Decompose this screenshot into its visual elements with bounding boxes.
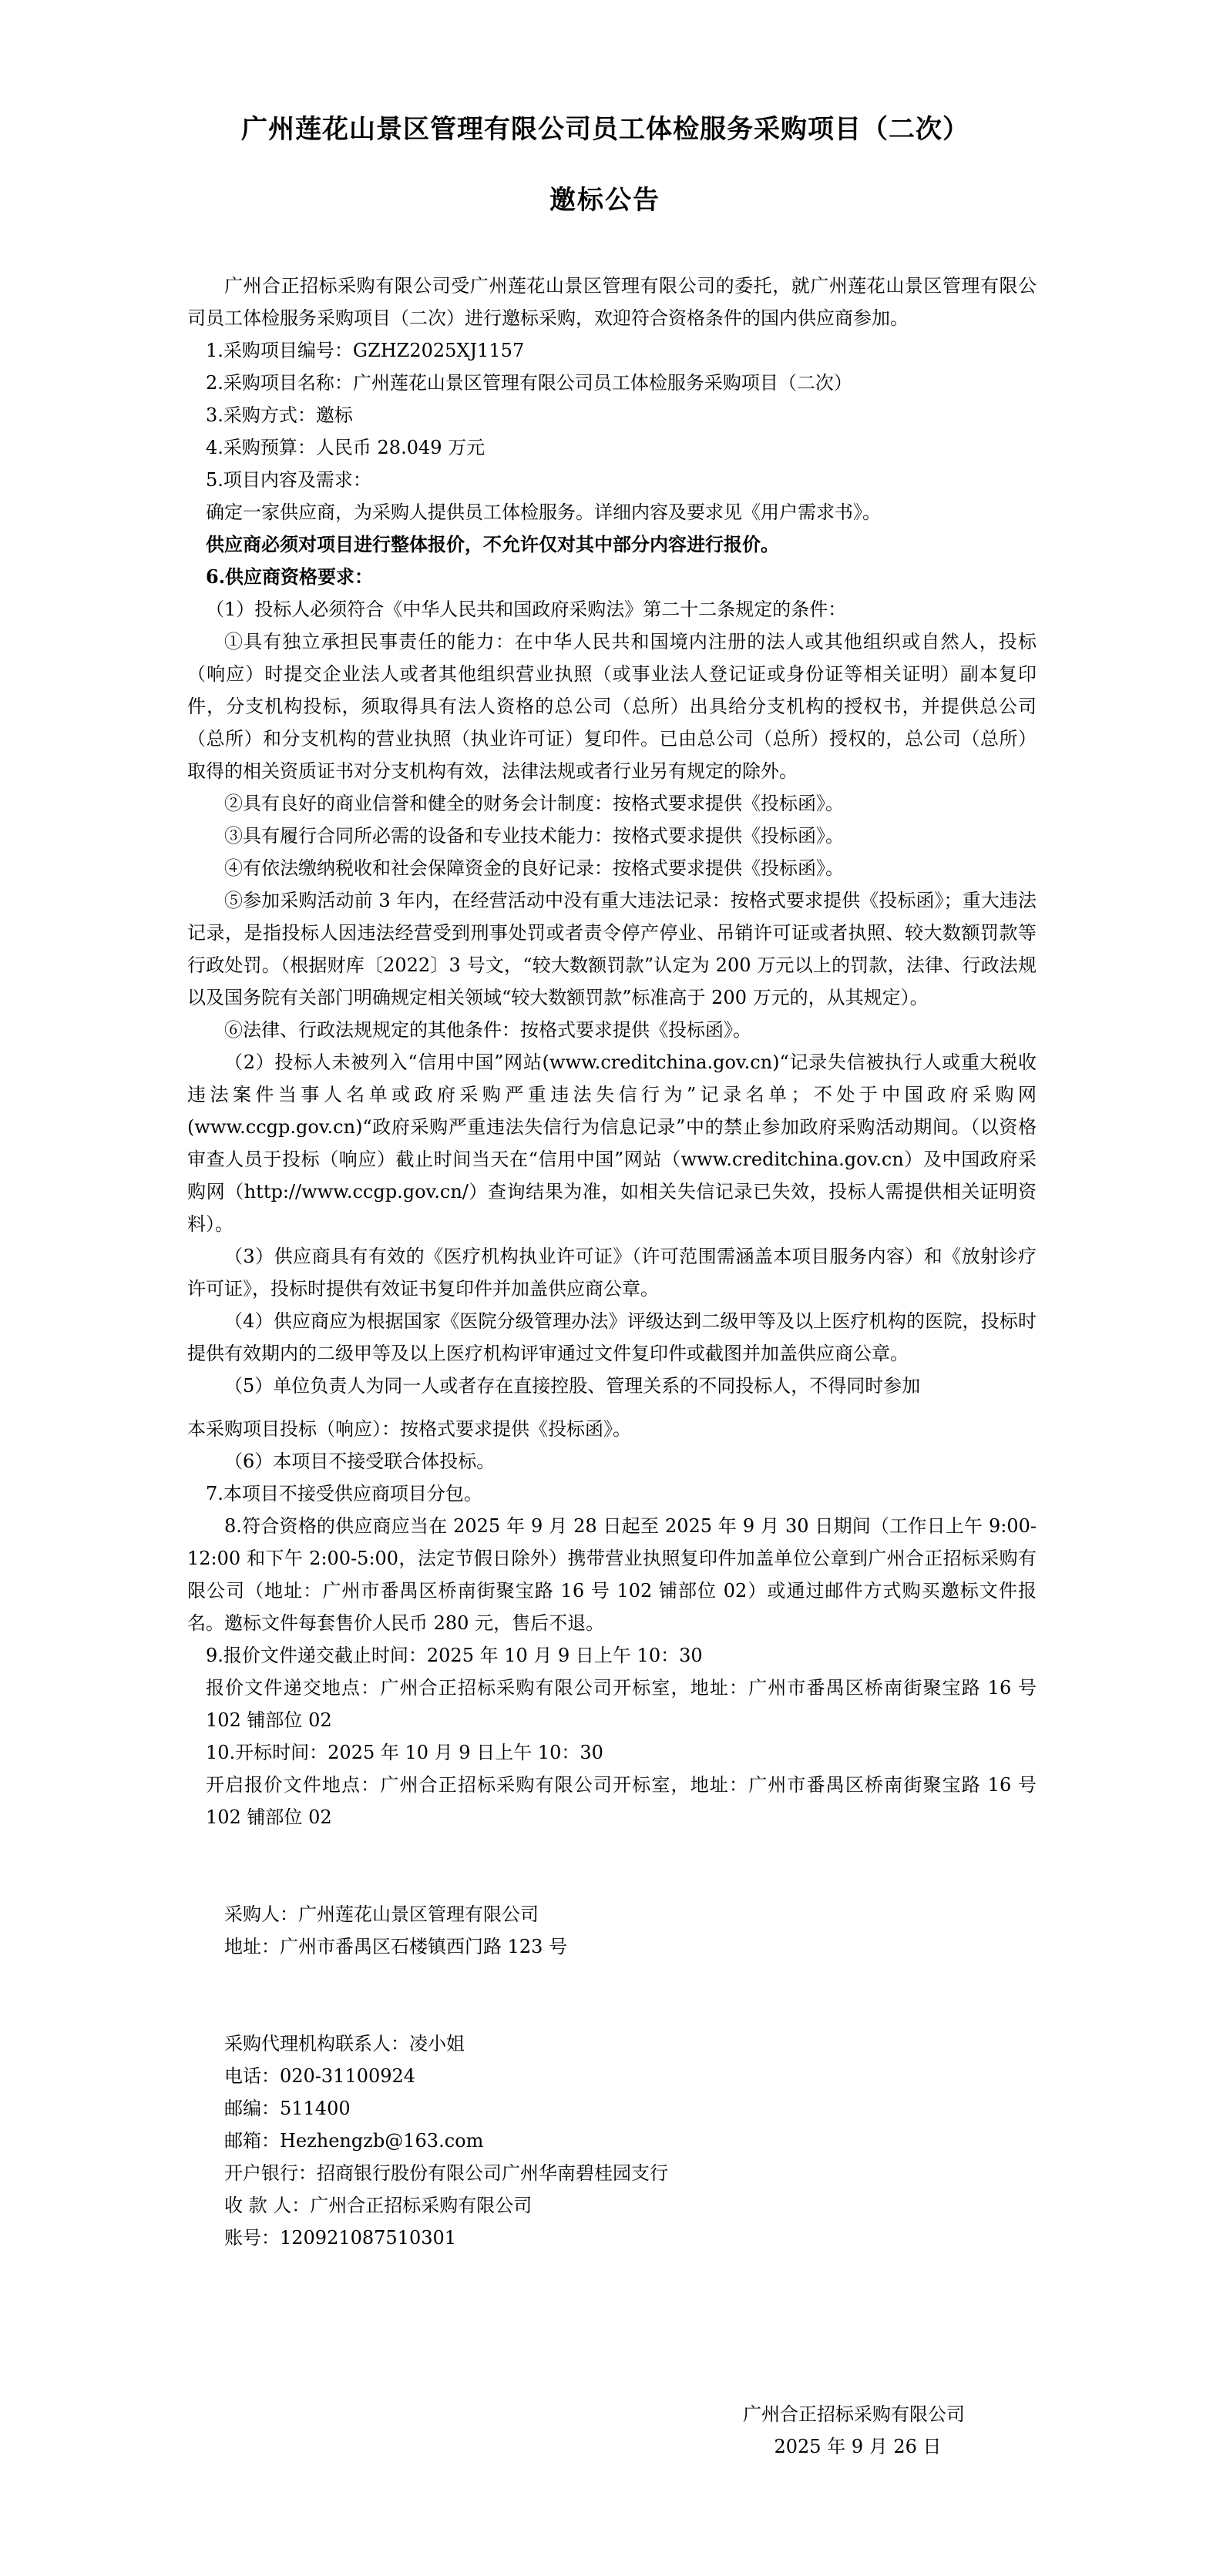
item-project-no: 1.采购项目编号：GZHZ2025XJ1157 (187, 334, 1037, 367)
signature-date: 2025 年 9 月 26 日 (715, 2430, 993, 2463)
agency-bank: 开户银行：招商银行股份有限公司广州华南碧桂园支行 (224, 2157, 1037, 2189)
qualification-1-heading: （1）投标人必须符合《中华人民共和国政府采购法》第二十二条规定的条件： (187, 593, 1037, 626)
qualification-1-f: ⑥法律、行政法规规定的其他条件：按格式要求提供《投标函》。 (187, 1014, 1037, 1046)
qualification-2: （2）投标人未被列入“信用中国”网站(www.creditchina.gov.c… (187, 1046, 1037, 1240)
agency-phone: 电话：020-31100924 (224, 2060, 1037, 2092)
agency-email: 邮箱：Hezhengzb@163.com (224, 2125, 1037, 2157)
item-method: 3.采购方式：邀标 (187, 399, 1037, 431)
qualification-1-b: ②具有良好的商业信誉和健全的财务会计制度：按格式要求提供《投标函》。 (187, 787, 1037, 820)
spacer (187, 1833, 1037, 1898)
item-budget: 4.采购预算：人民币 28.049 万元 (187, 431, 1037, 464)
item-qualification-heading: 6.供应商资格要求： (187, 561, 1037, 593)
qualification-4: （4）供应商应为根据国家《医院分级管理办法》评级达到二级甲等及以上医疗机构的医院… (187, 1305, 1037, 1370)
qualification-1-e: ⑤参加采购活动前 3 年内，在经营活动中没有重大违法记录：按格式要求提供《投标函… (187, 884, 1037, 1014)
spacer (187, 1963, 1037, 2028)
qualification-1-c: ③具有履行合同所必需的设备和专业技术能力：按格式要求提供《投标函》。 (187, 820, 1037, 852)
purchaser-address: 地址：广州市番禺区石楼镇西门路 123 号 (224, 1930, 1037, 1963)
agency-contact: 采购代理机构联系人：凌小姐 (224, 2028, 1037, 2060)
qualification-1-d: ④有依法缴纳税收和社会保障资金的良好记录：按格式要求提供《投标函》。 (187, 852, 1037, 884)
item-content-heading: 5.项目内容及需求： (187, 464, 1037, 496)
item-content-text: 确定一家供应商，为采购人提供员工体检服务。详细内容及要求见《用户需求书》。 (187, 496, 1037, 528)
purchaser-block: 采购人：广州莲花山景区管理有限公司 地址：广州市番禺区石楼镇西门路 123 号 (187, 1898, 1037, 1963)
qualification-5-line1: （5）单位负责人为同一人或者存在直接控股、管理关系的不同投标人，不得同时参加 (187, 1370, 1037, 1402)
agency-account: 账号：120921087510301 (224, 2222, 1037, 2254)
purchaser-name: 采购人：广州莲花山景区管理有限公司 (224, 1898, 1037, 1930)
item-8: 8.符合资格的供应商应当在 2025 年 9 月 28 日起至 2025 年 9… (187, 1510, 1037, 1639)
item-project-name: 2.采购项目名称：广州莲花山景区管理有限公司员工体检服务采购项目（二次） (187, 367, 1037, 399)
signature-company: 广州合正招标采购有限公司 (715, 2398, 993, 2430)
agency-block: 采购代理机构联系人：凌小姐 电话：020-31100924 邮编：511400 … (187, 2028, 1037, 2254)
qualification-1-a: ①具有独立承担民事责任的能力：在中华人民共和国境内注册的法人或其他组织或自然人，… (187, 626, 1037, 787)
document-title: 广州莲花山景区管理有限公司员工体检服务采购项目（二次） (241, 114, 1104, 145)
agency-postcode: 邮编：511400 (224, 2092, 1037, 2125)
agency-payee: 收 款 人：广州合正招标采购有限公司 (224, 2189, 1037, 2222)
item-7: 7.本项目不接受供应商项目分包。 (187, 1478, 1037, 1510)
item-9: 9.报价文件递交截止时间：2025 年 10 月 9 日上午 10：30 (187, 1639, 1037, 1672)
item-content-bold-note: 供应商必须对项目进行整体报价，不允许仅对其中部分内容进行报价。 (187, 528, 1037, 561)
document-subtitle: 邀标公告 (549, 185, 660, 216)
item-10-place: 开启报价文件地点：广州合正招标采购有限公司开标室，地址：广州市番禺区桥南街聚宝路… (187, 1769, 1037, 1833)
item-10: 10.开标时间：2025 年 10 月 9 日上午 10：30 (187, 1736, 1037, 1769)
intro-paragraph: 广州合正招标采购有限公司受广州莲花山景区管理有限公司的委托，就广州莲花山景区管理… (187, 270, 1037, 334)
item-9-place: 报价文件递交地点：广州合正招标采购有限公司开标室，地址：广州市番禺区桥南街聚宝路… (187, 1672, 1037, 1736)
signature-block: 广州合正招标采购有限公司 2025 年 9 月 26 日 (715, 2398, 993, 2463)
qualification-6: （6）本项目不接受联合体投标。 (187, 1445, 1037, 1478)
qualification-5-line2: 本采购项目投标（响应）：按格式要求提供《投标函》。 (187, 1413, 1037, 1445)
qualification-3: （3）供应商具有有效的《医疗机构执业许可证》（许可范围需涵盖本项目服务内容）和《… (187, 1240, 1037, 1305)
document-body: 广州合正招标采购有限公司受广州莲花山景区管理有限公司的委托，就广州莲花山景区管理… (187, 270, 1037, 2254)
